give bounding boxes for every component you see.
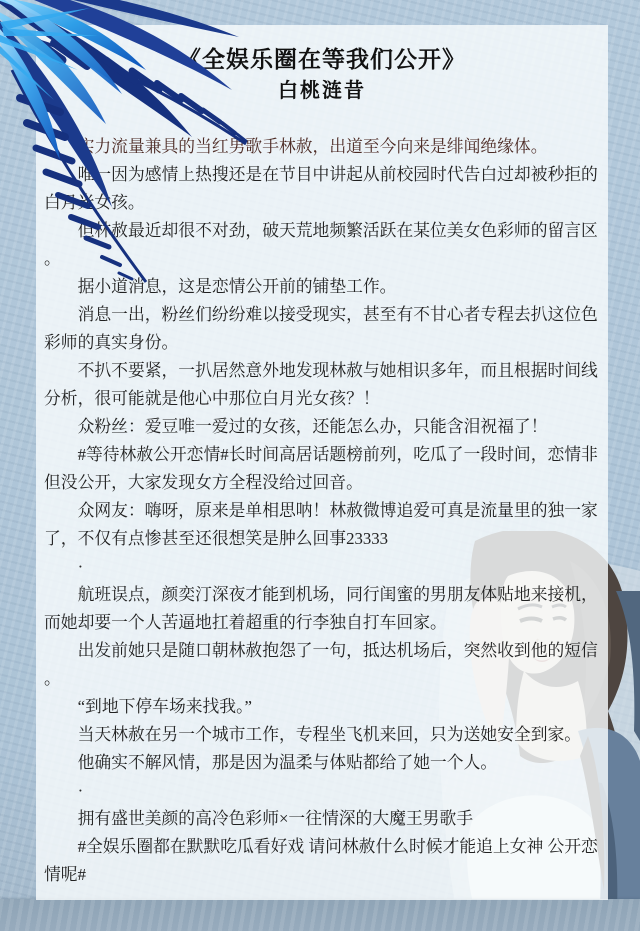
story-paragraph: 航班误点，颜奕汀深夜才能到机场，同行闺蜜的男朋友体贴地来接机，而她却要一个人苦逼… [44, 581, 600, 637]
story-paragraph: 拥有盛世美颜的高冷色彩师×一往情深的大魔王男歌手 [44, 805, 600, 833]
story-paragraph: “到地下停车场来找我。” [44, 693, 600, 721]
story-paragraph: 消息一出，粉丝们纷纷难以接受现实，甚至有不甘心者专程去扒这位色彩师的真实身份。 [44, 301, 600, 357]
book-title: 《全娱乐圈在等我们公开》 [44, 42, 600, 76]
story-paragraph: #等待林赦公开恋情#长时间高居话题榜前列，吃瓜了一段时间，恋情非但没公开，大家发… [44, 441, 600, 497]
story-text: 实力流量兼具的当红男歌手林赦，出道至今向来是绯闻绝缘体。 唯一因为感情上热搜还是… [44, 133, 600, 889]
story-paragraph: 实力流量兼具的当红男歌手林赦，出道至今向来是绯闻绝缘体。 [44, 133, 600, 161]
book-author: 白桃涟昔 [44, 76, 600, 106]
content-area: 《全娱乐圈在等我们公开》 白桃涟昔 实力流量兼具的当红男歌手林赦，出道至今向来是… [36, 25, 608, 900]
story-paragraph: 众粉丝：爱豆唯一爱过的女孩，还能怎么办，只能含泪祝福了！ [44, 413, 600, 441]
story-paragraph: 众网友：嗨呀，原来是单相思呐！林赦微博追爱可真是流量里的独一家了，不仅有点惨甚至… [44, 497, 600, 553]
story-paragraph: 不扒不要紧，一扒居然意外地发现林赦与她相识多年，而且根据时间线分析，很可能就是他… [44, 357, 600, 413]
story-paragraph: 唯一因为感情上热搜还是在节目中讲起从前校园时代告白过却被秒拒的白月光女孩。 [44, 161, 600, 217]
story-paragraph: 当天林赦在另一个城市工作，专程坐飞机来回，只为送她安全到家。 [44, 721, 600, 749]
paragraph-separator-dot: · [44, 777, 600, 805]
story-paragraph: 但林赦最近却很不对劲，破天荒地频繁活跃在某位美女色彩师的留言区。 [44, 217, 600, 273]
story-paragraph: 出发前她只是随口朝林赦抱怨了一句，抵达机场后，突然收到他的短信。 [44, 637, 600, 693]
bottom-texture-band [0, 899, 640, 931]
story-paragraph: 他确实不解风情，那是因为温柔与体贴都给了她一个人。 [44, 749, 600, 777]
story-paragraph: #全娱乐圈都在默默吃瓜看好戏 请问林赦什么时候才能追上女神 公开恋情呢# [44, 833, 600, 889]
paragraph-separator-dot: · [44, 553, 600, 581]
story-paragraph: 据小道消息，这是恋情公开前的铺垫工作。 [44, 273, 600, 301]
